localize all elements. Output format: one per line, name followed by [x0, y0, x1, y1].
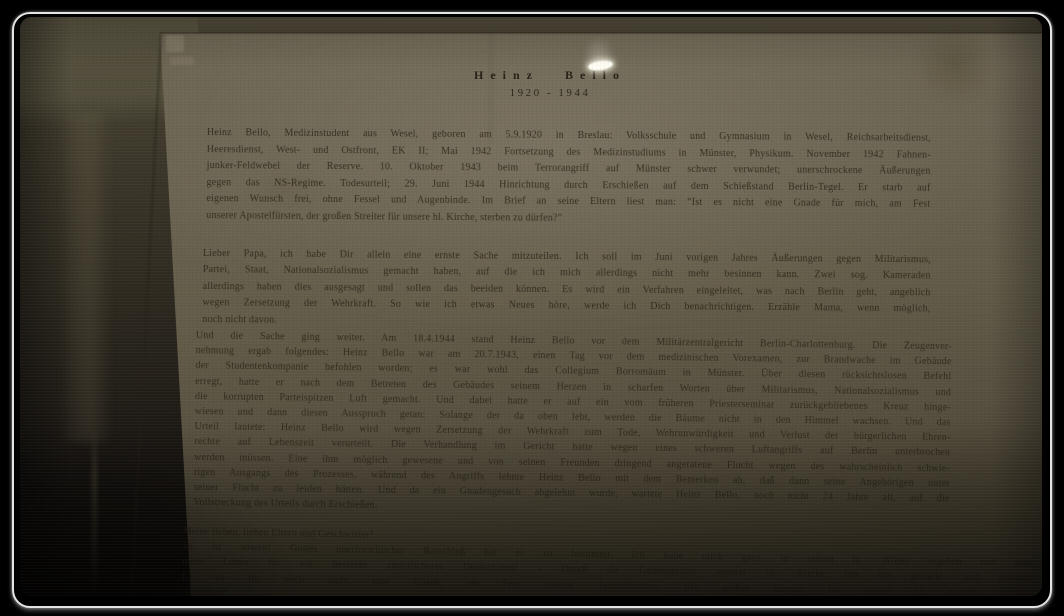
trial-account-paragraph: Und die Sache ging weiter. Am 18.4.1944 …: [193, 328, 952, 522]
biography-paragraph: Heinz Bello, Medizinstudent aus Wesel, g…: [206, 125, 931, 230]
life-years: 1920 - 1944: [180, 87, 920, 99]
letter-excerpt-paragraph: Lieber Papa, ich habe Dir allein eine er…: [202, 246, 931, 334]
paper-top-edge: [160, 32, 1042, 34]
tape-mark: [170, 57, 194, 65]
paper-stain: [910, 25, 1000, 105]
tape-mark: [166, 35, 184, 52]
memorial-title: Heinz Bello: [180, 68, 920, 83]
photo-area: Heinz Bello 1920 - 1944 Heinz Bello, Med…: [20, 17, 1042, 596]
light-streak: [92, 427, 97, 596]
curtain-fold-highlight: [60, 112, 112, 442]
memorial-photo: Heinz Bello 1920 - 1944 Heinz Bello, Med…: [0, 0, 1064, 616]
